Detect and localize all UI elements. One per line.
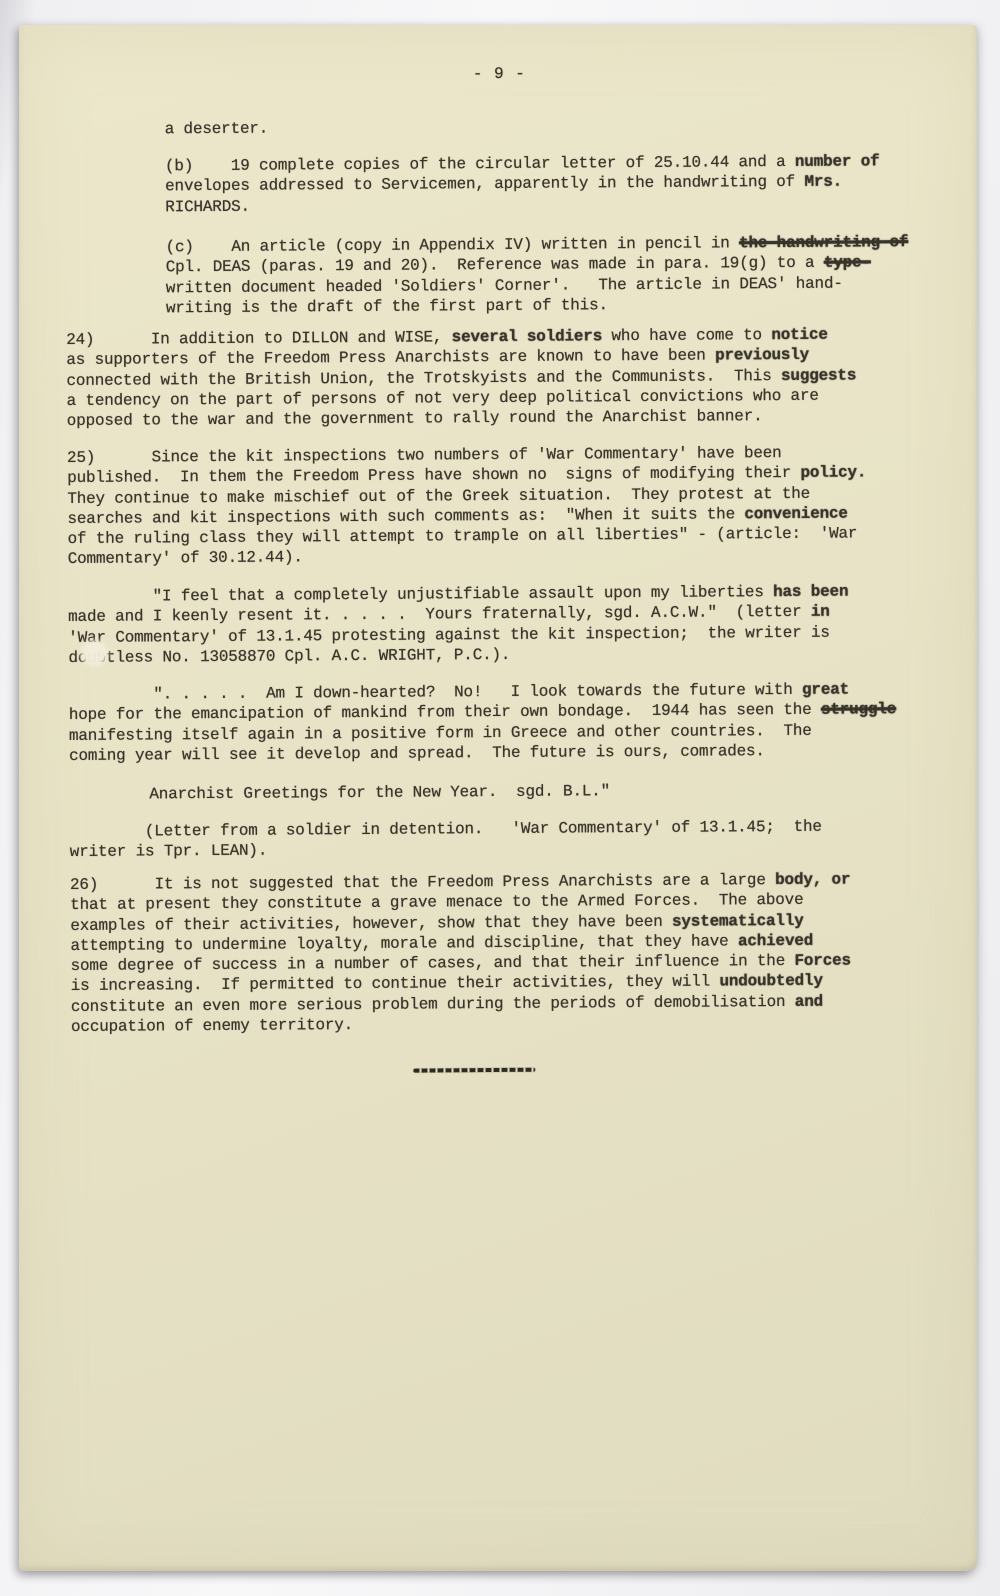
text-segment: great [802,681,849,699]
text-segment: who have come to [602,326,771,345]
text-segment: writer is Tpr. LEAN). [70,842,268,861]
page-number: - 9 - [64,61,934,87]
quote-bl: ". . . . . Am I down-hearted? No! I look… [69,679,897,766]
typed-paragraphs: a deserter.(b) 19 complete copies of the… [64,19,964,25]
paragraph-24: 24) In addition to DILLON and WISE, seve… [66,324,856,431]
text-line: occupation of enemy territory. [71,1012,851,1038]
text-segment: struggle [821,701,896,720]
text-segment: envelopes addressed to Servicemen, appar… [165,173,804,195]
text-segment: systematically [672,911,804,930]
document-page: - 9 - a deserter.(b) 19 complete copies … [19,25,977,1571]
continuation-a-deserter: a deserter. [165,119,269,140]
text-segment: has been [773,583,848,602]
text-segment: body, or [775,871,850,890]
end-divider [413,1068,535,1073]
text-segment: doubtless No. 13058870 Cpl. A.C. WRIGHT,… [68,646,510,667]
text-segment: and [795,993,823,1011]
text-line: opposed to the war and the government to… [67,406,857,432]
text-segment: is increasing. If permitted to continue … [71,973,720,996]
item-b: (b) 19 complete copies of the circular l… [165,151,880,217]
paragraph-25: 25) Since the kit inspections two number… [67,442,867,569]
text-segment: previously [715,346,809,365]
quote-acw: "I feel that a completely unjustifiable … [68,582,849,669]
text-line: Commentary' of 30.12.44). [68,544,867,570]
text-line: writing is the draft of the first part o… [166,293,909,318]
text-segment: a deserter. [165,120,269,139]
text-segment: 24) In addition to DILLON and WISE, [66,328,452,349]
letter-attribution: (Letter from a soldier in detention. 'Wa… [70,817,822,863]
text-line: writer is Tpr. LEAN). [70,837,822,863]
text-segment: Mrs. [804,173,842,191]
text-segment: coming year will see it develop and spre… [69,742,765,765]
typed-text-layer: - 9 - a deserter.(b) 19 complete copies … [64,19,975,1571]
text-segment: occupation of enemy territory. [71,1016,353,1036]
text-segment: opposed to the war and the government to… [67,407,763,430]
text-segment: RICHARDS. [165,197,250,216]
text-segment: as supporters of the Freedom Press Anarc… [66,347,715,370]
text-segment: suggests [781,366,856,385]
text-segment: policy. [800,464,866,482]
text-segment: Forces [794,952,851,970]
text-segment: writing is the draft of the first part o… [166,296,608,317]
text-segment: undoubtedly [719,972,823,991]
paper-blemish [83,643,105,664]
text-segment: 'War Commentary' of 13.1.45 protesting a… [68,623,830,646]
text-segment: notice [771,326,828,344]
paragraph-26: 26) It is not suggested that the Freedom… [70,870,851,1038]
text-segment: examples of their activities, however, s… [70,912,672,934]
text-segment: several soldiers [452,327,603,346]
text-line: a deserter. [165,119,269,140]
text-segment: achieved [738,932,813,951]
item-c: (c) An article (copy in Appendix IV) wri… [165,232,908,318]
text-segment: in [811,603,830,621]
text-segment: Commentary' of 30.12.44). [68,549,303,569]
text-segment: (Letter from a soldier in detention. 'Wa… [70,818,822,841]
greeting-line: Anarchist Greetings for the New Year. sg… [149,781,610,805]
text-segment: constitute an even more serious problem … [71,993,795,1016]
text-segment: the handwriting of [739,233,908,252]
text-segment: (c) An article (copy in Appendix IV) wri… [165,234,739,256]
text-segment: type- [824,254,871,272]
text-segment: Cpl. DEAS (paras. 19 and 20). Reference … [166,254,824,277]
text-segment: convenience [744,504,848,523]
text-line: Anarchist Greetings for the New Year. sg… [149,781,610,805]
text-segment: number of [795,152,880,171]
text-line: doubtless No. 13058870 Cpl. A.C. WRIGHT,… [68,642,848,668]
text-segment: written document headed 'Soldiers' Corne… [166,274,843,297]
scan-background: { "document": { "page_number": "- 9 -", … [0,0,1000,1596]
text-segment: Anarchist Greetings for the New Year. sg… [149,782,610,803]
